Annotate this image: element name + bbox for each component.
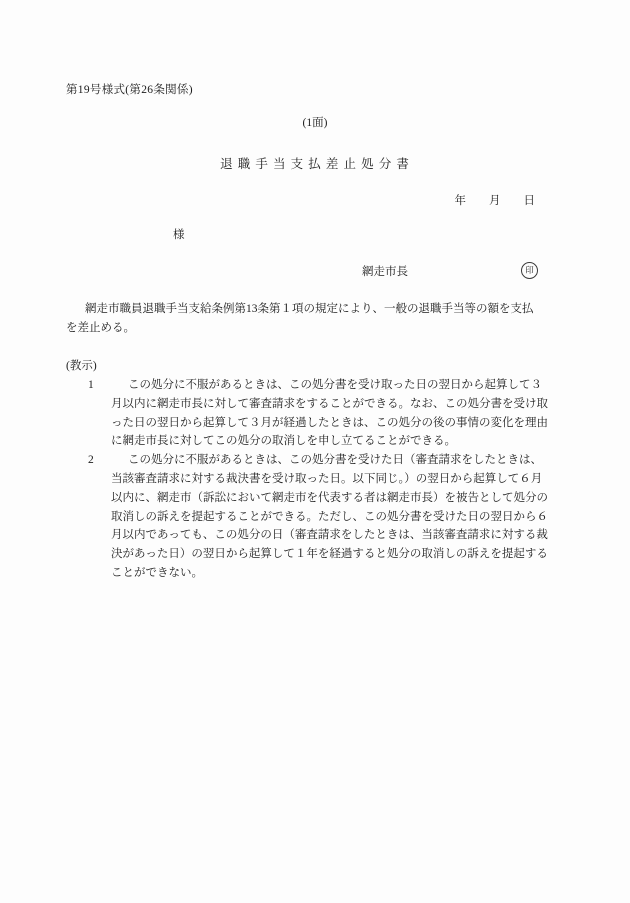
issuer-name: 網走市長: [362, 263, 408, 282]
notice-item-2-number: 2: [88, 451, 128, 470]
notice-item-2-text: この処分に不服があるときは、この処分書を受けた日（審査請求をしたときは、当該審査…: [111, 454, 548, 579]
seal-icon: 印: [521, 262, 538, 279]
disposition-statement: 網走市職員退職手当支給条例第13条第１項の規定により、一般の退職手当等の額を支払…: [66, 300, 536, 338]
addressee-honorific: 様: [173, 226, 185, 245]
notice-list: 1この処分に不服があるときは、この処分書を受け取った日の翌日から起算して３月以内…: [66, 376, 550, 583]
document-page: 第19号様式(第26条関係) (1面) 退 職 手 当 支 払 差 止 処 分 …: [0, 0, 630, 903]
notice-heading: (教示): [66, 357, 97, 376]
notice-item-2: 2この処分に不服があるときは、この処分書を受けた日（審査請求をしたときは、当該審…: [111, 451, 550, 583]
notice-item-1: 1この処分に不服があるときは、この処分書を受け取った日の翌日から起算して３月以内…: [111, 376, 550, 451]
date-line: 年 月 日: [455, 192, 536, 211]
document-title: 退 職 手 当 支 払 差 止 処 分 書: [0, 155, 630, 174]
page-face-label: (1面): [0, 114, 630, 133]
form-number: 第19号様式(第26条関係): [66, 81, 193, 100]
notice-item-1-text: この処分に不服があるときは、この処分書を受け取った日の翌日から起算して３月以内に…: [111, 379, 548, 447]
notice-item-1-number: 1: [88, 376, 128, 395]
